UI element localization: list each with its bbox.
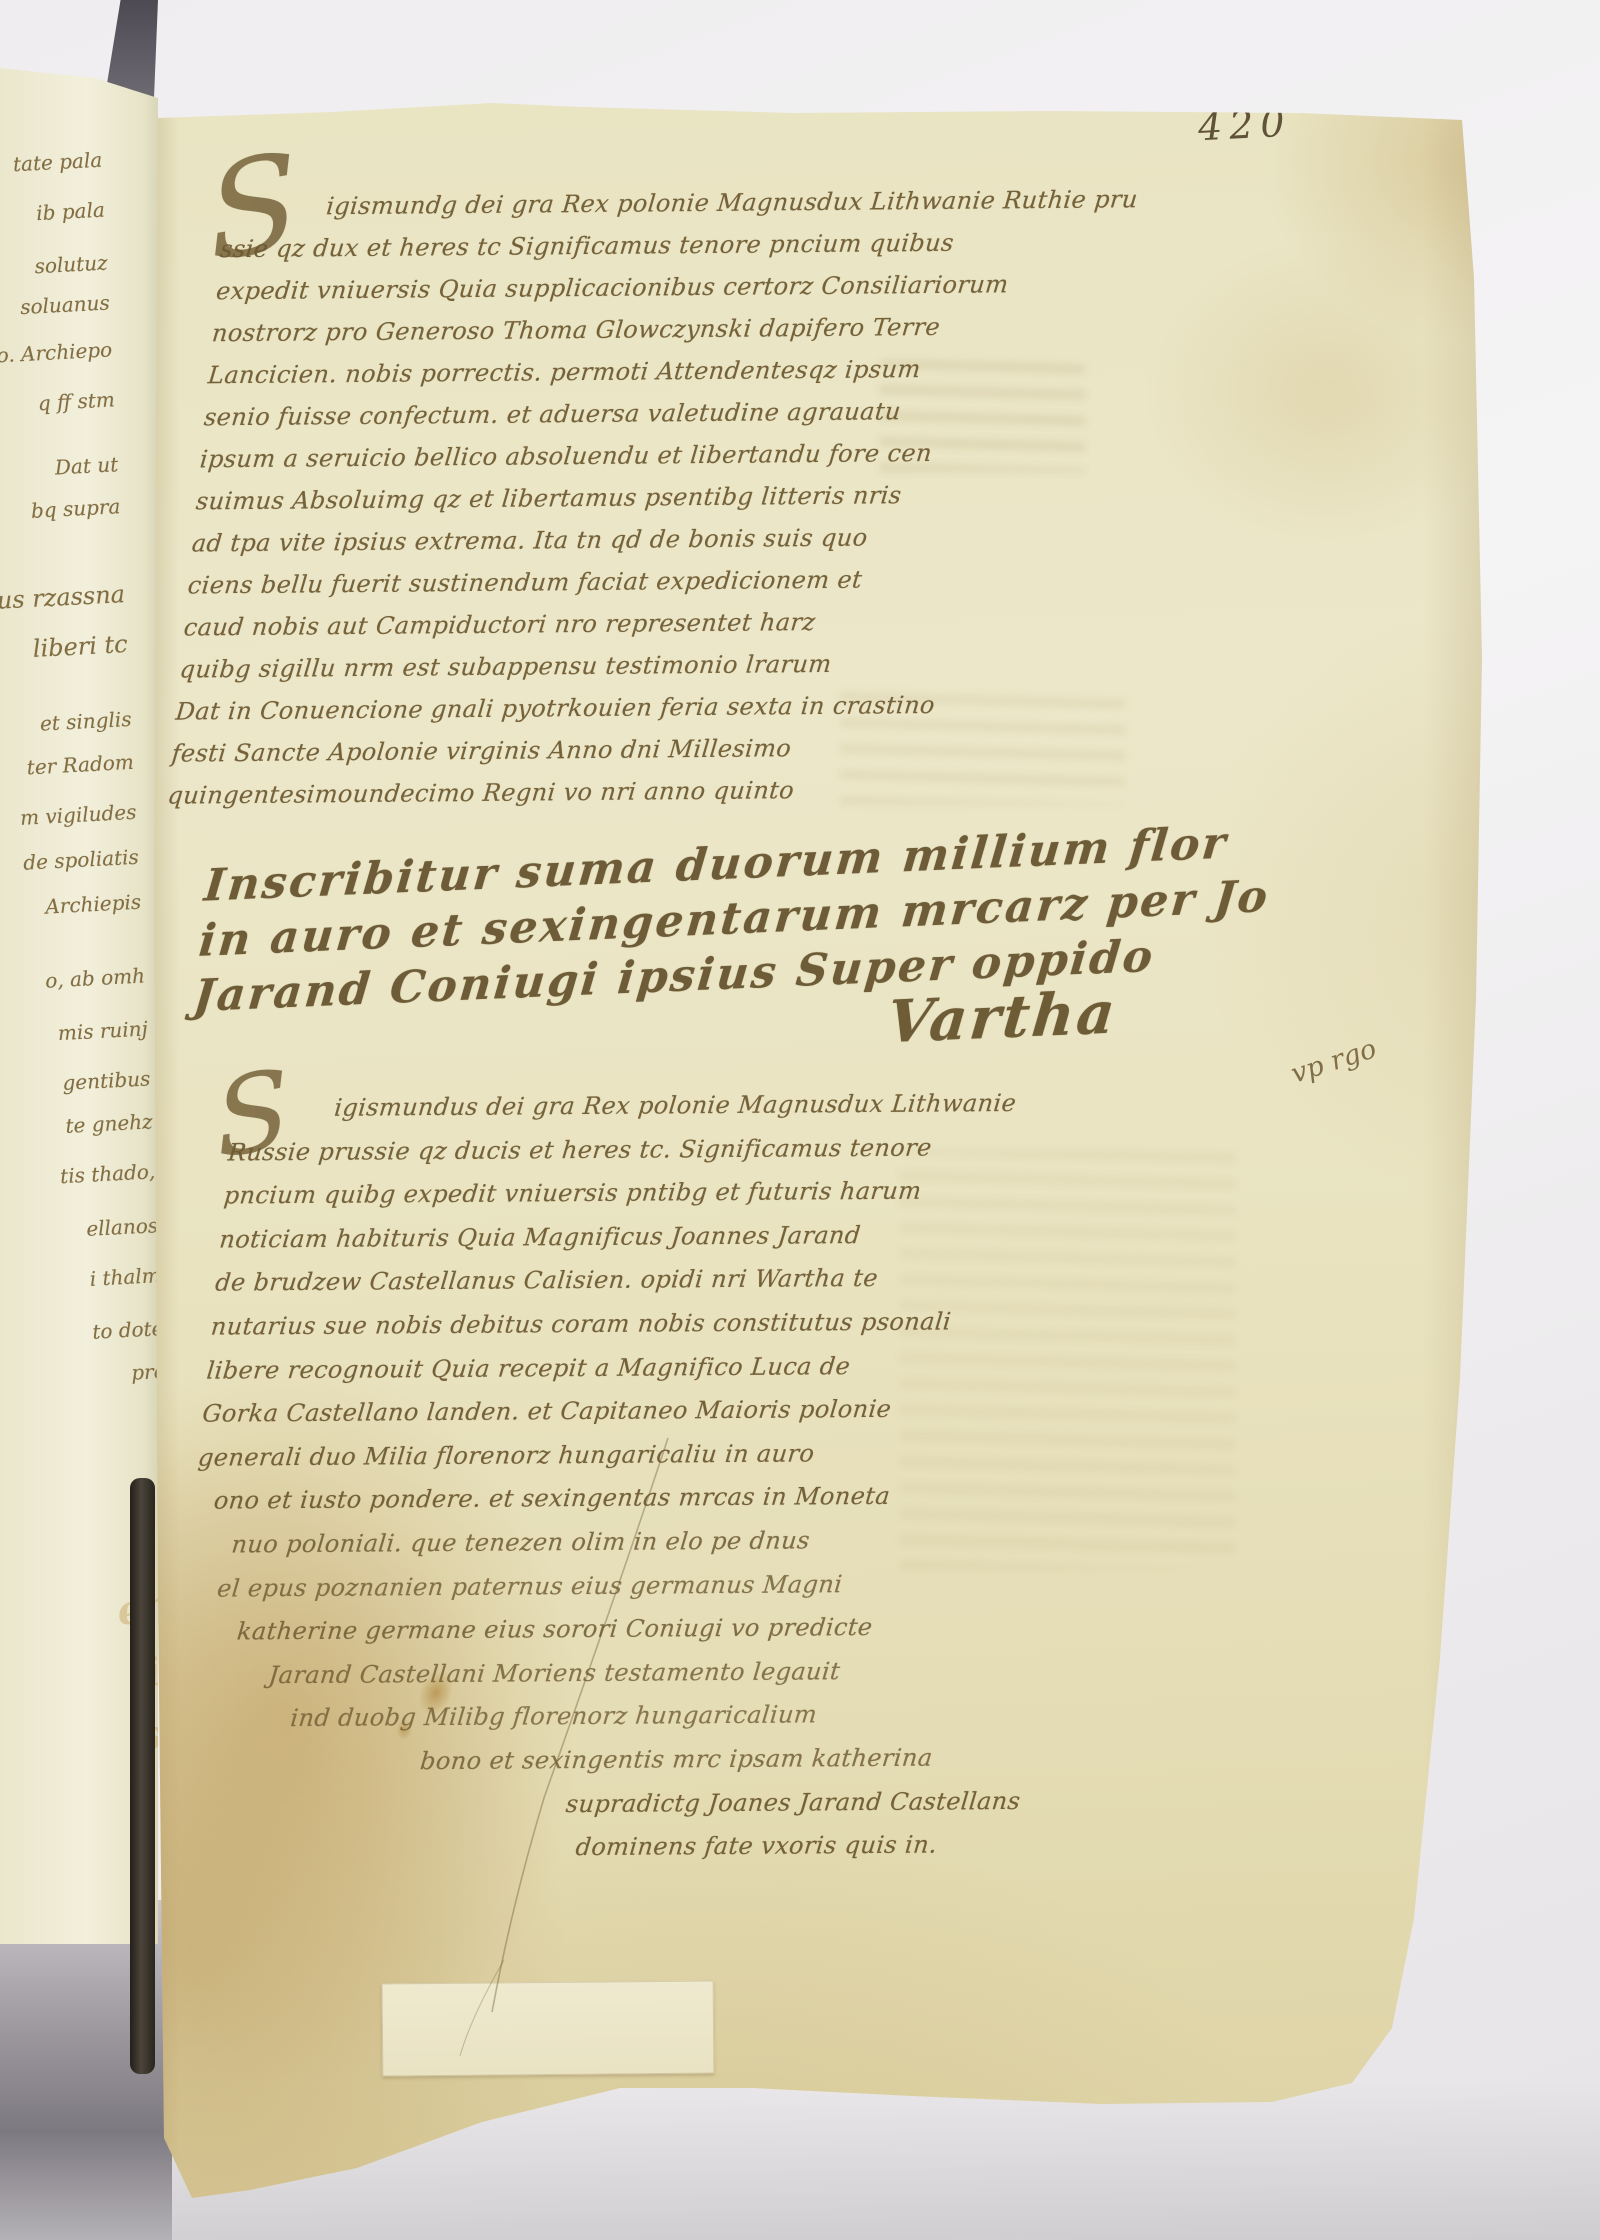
manuscript-line: generali duo Milia florenorz hungaricali… [196,1431,980,1480]
manuscript-line: festi Sancte Apolonie virginis Anno dni … [170,726,954,775]
manuscript-line: senio fuisse confectum. et aduersa valet… [202,390,986,439]
manuscript-line: Gorka Castellano landen. et Capitaneo Ma… [200,1387,984,1436]
manuscript-line: libere recognouit Quia recepit a Magnifi… [205,1344,989,1393]
manuscript-line: quibg sigillu nrm est subappensu testimo… [178,642,962,691]
manuscript-line: caud nobis aut Campiductori nro represen… [182,600,966,649]
facing-page-fragment: ib pala [36,198,106,226]
repair-patch [382,1981,715,2077]
manuscript-line: el epus poznanien paternus eius germanus… [215,1562,967,1611]
manuscript-page: 420 S igismundg dei gra Rex polonie Magn… [152,98,1487,2208]
manuscript-line: igismundus dei gra Rex polonie Magnusdux… [332,1082,1014,1130]
manuscript-line: expedit vniuersis Quia supplicacionibus … [214,263,998,312]
manuscript-line: nuo poloniali. que tenezen olim in elo p… [229,1518,971,1567]
manuscript-line: ipsum a seruicio bellico absoluendu et l… [198,432,982,481]
manuscript-line: katherine germane eius sorori Coniugi vo… [235,1605,963,1654]
facing-page-fragment: solutuz [34,251,108,279]
manuscript-line: de brudzew Castellanus Calisien. opidi n… [213,1256,997,1305]
manuscript-line: nutarius sue nobis debitus coram nobis c… [209,1300,993,1349]
text-block-dower-record: S igismundus dei gra Rex polonie Magnusd… [158,1082,1015,1873]
manuscript-line: ciens bellu fuerit sustinendum faciat ex… [186,558,970,607]
manuscript-line: ad tpa vite ipsius extrema. Ita tn qd de… [190,516,974,565]
manuscript-line: Dat in Conuencione gnali pyotrkouien fer… [174,684,958,733]
inscription-line: Vartha [885,982,1190,1050]
text-block-royal-privilege: S igismundg dei gra Rex polonie Magnusdu… [166,179,1007,816]
manuscript-line: Jarand Castellani Moriens testamento leg… [267,1649,959,1697]
manuscript-line: nostrorz pro Generoso Thoma Glowczynski … [210,305,994,354]
manuscript-line: noticiam habituris Quia Magnificus Joann… [217,1213,1001,1262]
manuscript-line: ssie qz dux et heres tc Significamus ten… [218,221,1002,270]
manuscript-line: bono et sexingentis mrc ipsam katherina [418,1736,950,1783]
marginal-note: vp rgo [1287,1033,1380,1090]
manuscript-line: quingentesimoundecimo Regni vo nri anno … [166,768,950,817]
manuscript-line: Russie prussie qz ducis et heres tc. Sig… [226,1126,1010,1175]
manuscript-line: Lancicien. nobis porrectis. permoti Atte… [206,347,990,396]
manuscript-line: igismundg dei gra Rex polonie Magnusdux … [324,179,1006,227]
manuscript-line: dominens fate vxoris quis in. [574,1824,942,1870]
manuscript-line: pncium quibg expedit vniuersis pntibg et… [222,1169,1006,1218]
manuscript-line: supradictg Joanes Jarand Castellans [564,1780,946,1826]
manuscript-line: suimus Absoluimg qz et libertamus psenti… [194,474,978,523]
manuscript-scan: tate palaib palasolutuzsoluanuso. Archie… [0,0,1600,2240]
inscription-heading: Inscribitur suma duorum millium florin a… [186,817,1207,1080]
manuscript-line: ind duobg Milibg florenorz hungaricalium [288,1693,954,1741]
binding-strip [130,1478,155,2074]
manuscript-line: ono et iusto pondere. et sexingentas mrc… [212,1475,976,1524]
